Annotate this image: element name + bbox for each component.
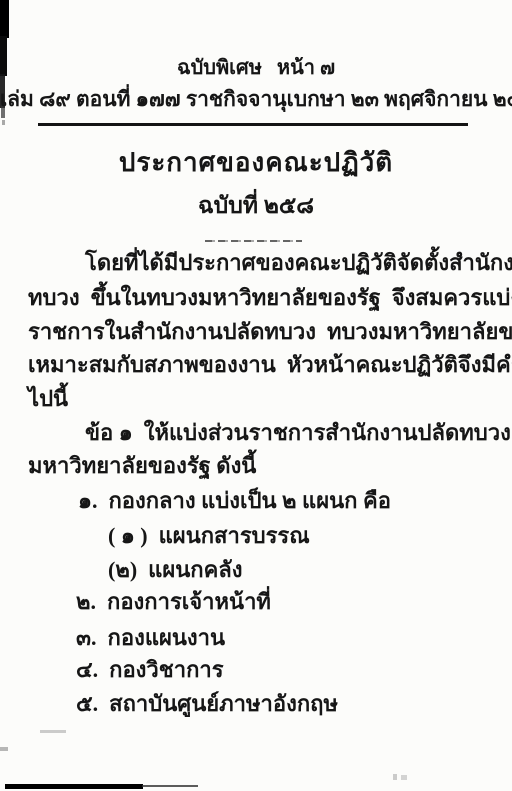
paragraph-line: เหมาะสมกับสภาพของงาน หัวหน้าคณะปฏิวัติจึ… — [28, 351, 512, 379]
number-underline — [205, 240, 302, 242]
list-item: ๑. กองกลาง แบ่งเป็น ๒ แผนก คือ — [78, 487, 391, 515]
header-rule — [38, 123, 468, 126]
gazette-edition-line: ฉบับพิเศษ หน้า ๗ — [0, 56, 512, 81]
paragraph-line: ทบวง ขึ้นในทบวงมหาวิทยาลัยของรัฐ จึงสมคว… — [28, 284, 512, 312]
document-page: ฉบับพิเศษ หน้า ๗ เล่ม ๘๙ ตอนที่ ๑๗๗ ราชก… — [0, 0, 512, 791]
list-item: ๔. กองวิชาการ — [76, 656, 224, 684]
clause-line: ข้อ ๑ ให้แบ่งส่วนราชการสำนักงานปลัดทบวง … — [85, 419, 512, 447]
list-item: ๓. กองแผนงาน — [76, 624, 225, 652]
list-item: ๒. กองการเจ้าหน้าที่ — [76, 588, 271, 616]
scan-artifact-dash — [40, 730, 66, 733]
clause-line: มหาวิทยาลัยของรัฐ ดังนี้ — [28, 452, 256, 480]
scan-artifact-speck — [401, 775, 407, 780]
paragraph-line: ราชการในสำนักงานปลัดทบวง ทบวงมหาวิทยาลัย… — [28, 318, 512, 346]
list-item: ๕. สถาบันศูนย์ภาษาอังกฤษ — [76, 690, 338, 718]
list-item: ( ๑ ) แผนกสารบรรณ — [108, 522, 310, 550]
proclamation-title: ประกาศของคณะปฏิวัติ — [0, 147, 512, 180]
proclamation-number: ฉบับที่ ๒๕๘ — [0, 192, 512, 221]
list-item: (๒) แผนกคลัง — [108, 556, 243, 584]
gazette-volume-line: เล่ม ๘๙ ตอนที่ ๑๗๗ ราชกิจจานุเบกษา ๒๓ พฤ… — [0, 86, 512, 112]
scan-artifact-bottom-bar — [5, 784, 143, 789]
scan-artifact-speck — [393, 774, 397, 780]
paragraph-line: โดยที่ได้มีประกาศของคณะปฏิวัติจัดตั้งสำน… — [85, 249, 512, 277]
scan-artifact-speck — [2, 120, 5, 125]
scan-artifact-left-strip — [0, 0, 9, 38]
scan-artifact-dash — [0, 747, 8, 751]
paragraph-line: ไปนี้ — [28, 385, 68, 413]
scan-artifact-bottom-bar — [142, 785, 198, 787]
